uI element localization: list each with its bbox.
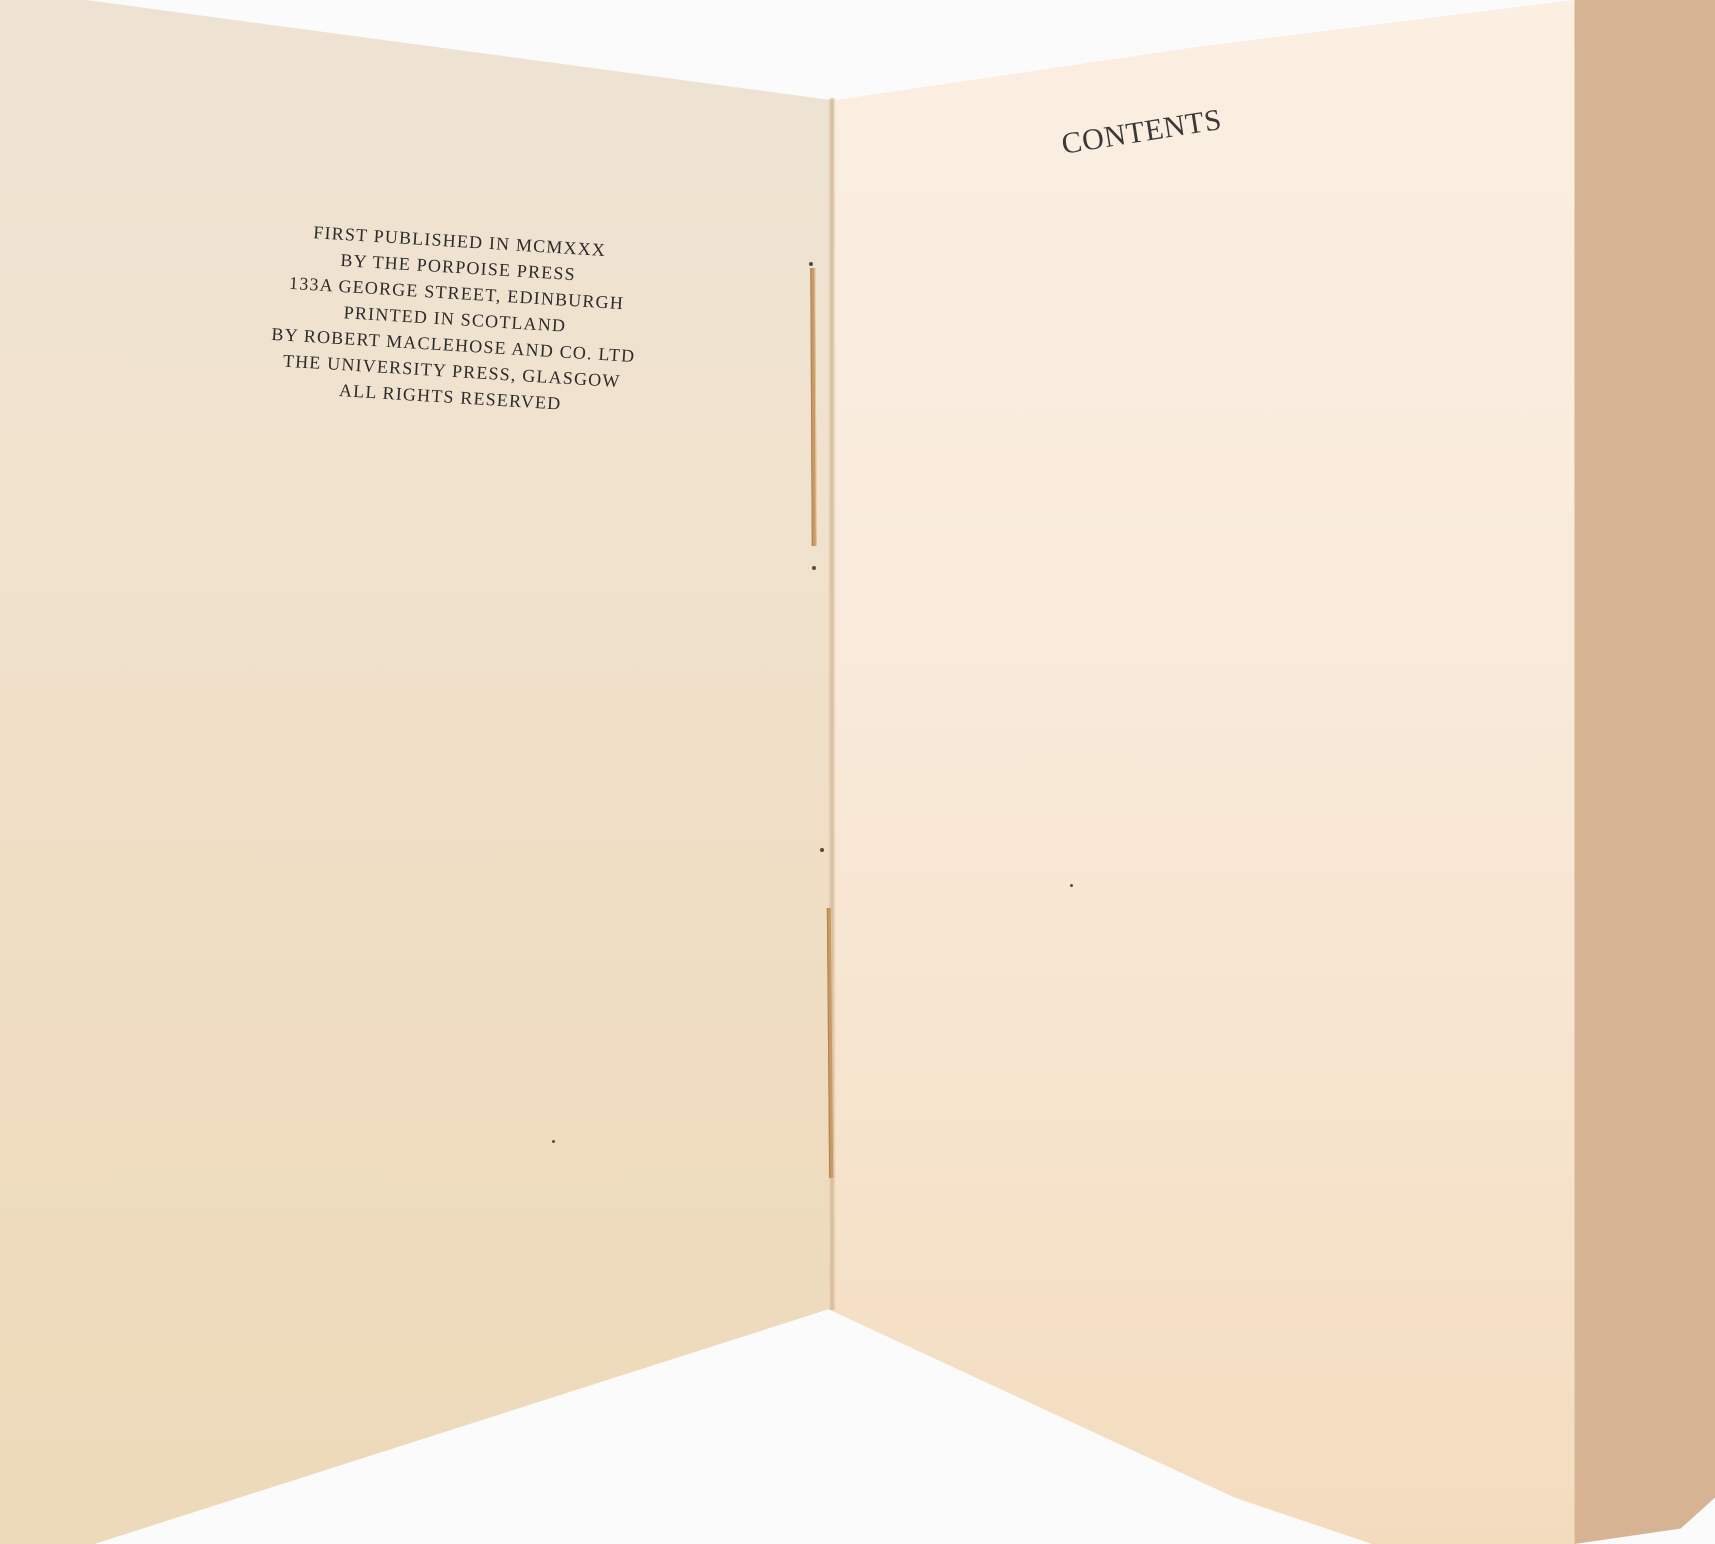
paper-speck bbox=[1070, 884, 1073, 887]
paper-speck bbox=[552, 1140, 555, 1143]
stitch-hole bbox=[812, 566, 816, 570]
book-photo: FIRST PUBLISHED IN MCMXXX BY THE PORPOIS… bbox=[0, 0, 1715, 1544]
stitch-hole bbox=[820, 848, 824, 852]
stitch-hole bbox=[809, 262, 813, 266]
imprint-block: FIRST PUBLISHED IN MCMXXX BY THE PORPOIS… bbox=[225, 214, 685, 423]
